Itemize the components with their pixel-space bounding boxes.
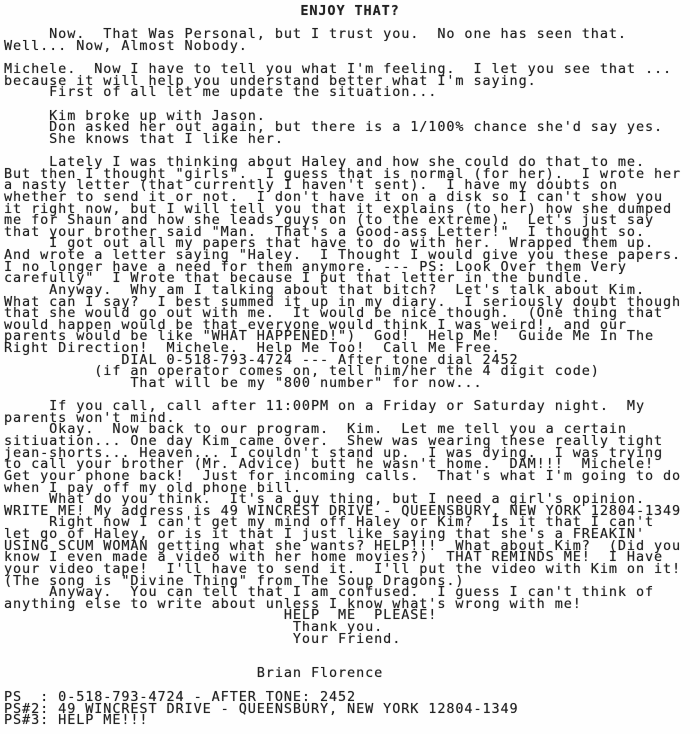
letter-title: ENJOY THAT? bbox=[4, 6, 696, 18]
letter-postscript: PS : 0-518-793-4724 - AFTER TONE: 2452 P… bbox=[4, 692, 700, 727]
letter-signature: Brian Florence bbox=[4, 668, 700, 680]
letter-body: Now. That Was Personal, but I trust you.… bbox=[4, 29, 700, 645]
scanned-letter-page: ENJOY THAT? Now. That Was Personal, but … bbox=[0, 0, 700, 734]
